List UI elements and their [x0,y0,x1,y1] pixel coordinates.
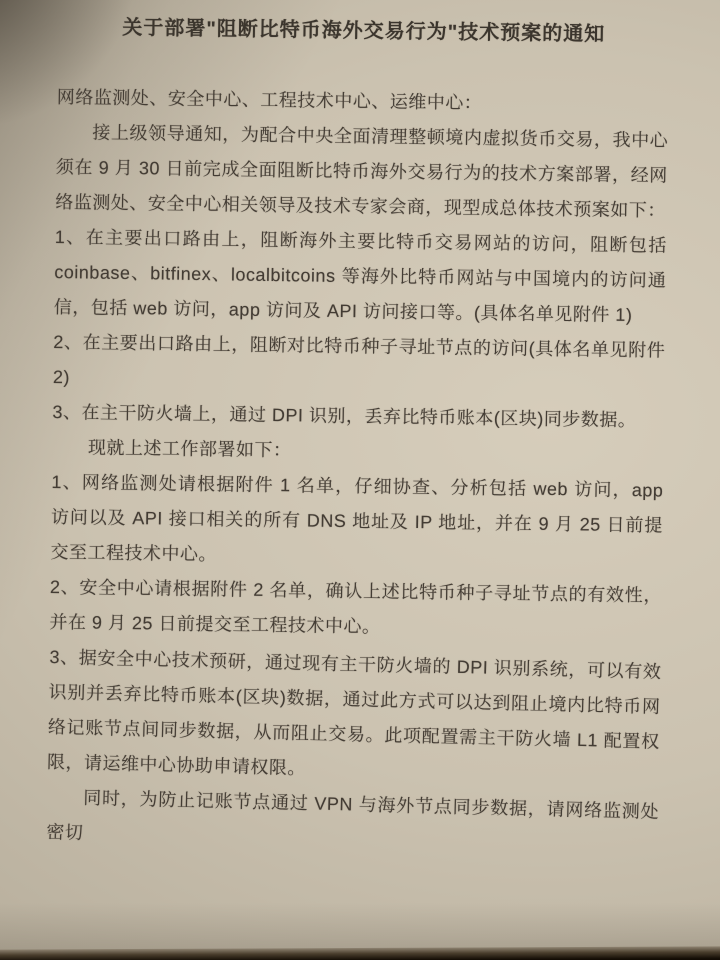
intro-paragraph: 接上级领导通知，为配合中央全面清理整顿境内虚拟货币交易，我中心须在 9 月 30… [55,115,668,229]
closing-line: 同时，为防止记账节点通过 VPN 与海外节点同步数据，请网络监测处密切 [46,780,660,865]
plan-item-2: 2、在主要出口路由上，阻断对比特币种子寻址节点的访问(具体名单见附件 2) [53,325,666,404]
notice-page: 关于部署"阻断比特币海外交易行为"技术预案的通知 网络监测处、安全中心、工程技术… [46,12,670,858]
plan-item-1: 1、在主要出口路由上，阻断海外主要比特币交易网站的访问，阻断包括 coinbas… [54,220,667,334]
work-item-2: 2、安全中心请根据附件 2 名单，确认上述比特币种子寻址节点的有效性，并在 9 … [49,570,662,649]
work-item-3: 3、据安全中心技术预研，通过现有主干防火墙的 DPI 识别系统，可以有效识别并丢… [47,640,662,795]
document-photo: 关于部署"阻断比特币海外交易行为"技术预案的通知 网络监测处、安全中心、工程技术… [0,0,720,960]
photo-bottom-edge [0,946,720,960]
work-item-1: 1、网络监测处请根据附件 1 名单，仔细协查、分析包括 web 访问，app 访… [50,465,663,579]
document-title: 关于部署"阻断比特币海外交易行为"技术预案的通知 [58,12,670,51]
